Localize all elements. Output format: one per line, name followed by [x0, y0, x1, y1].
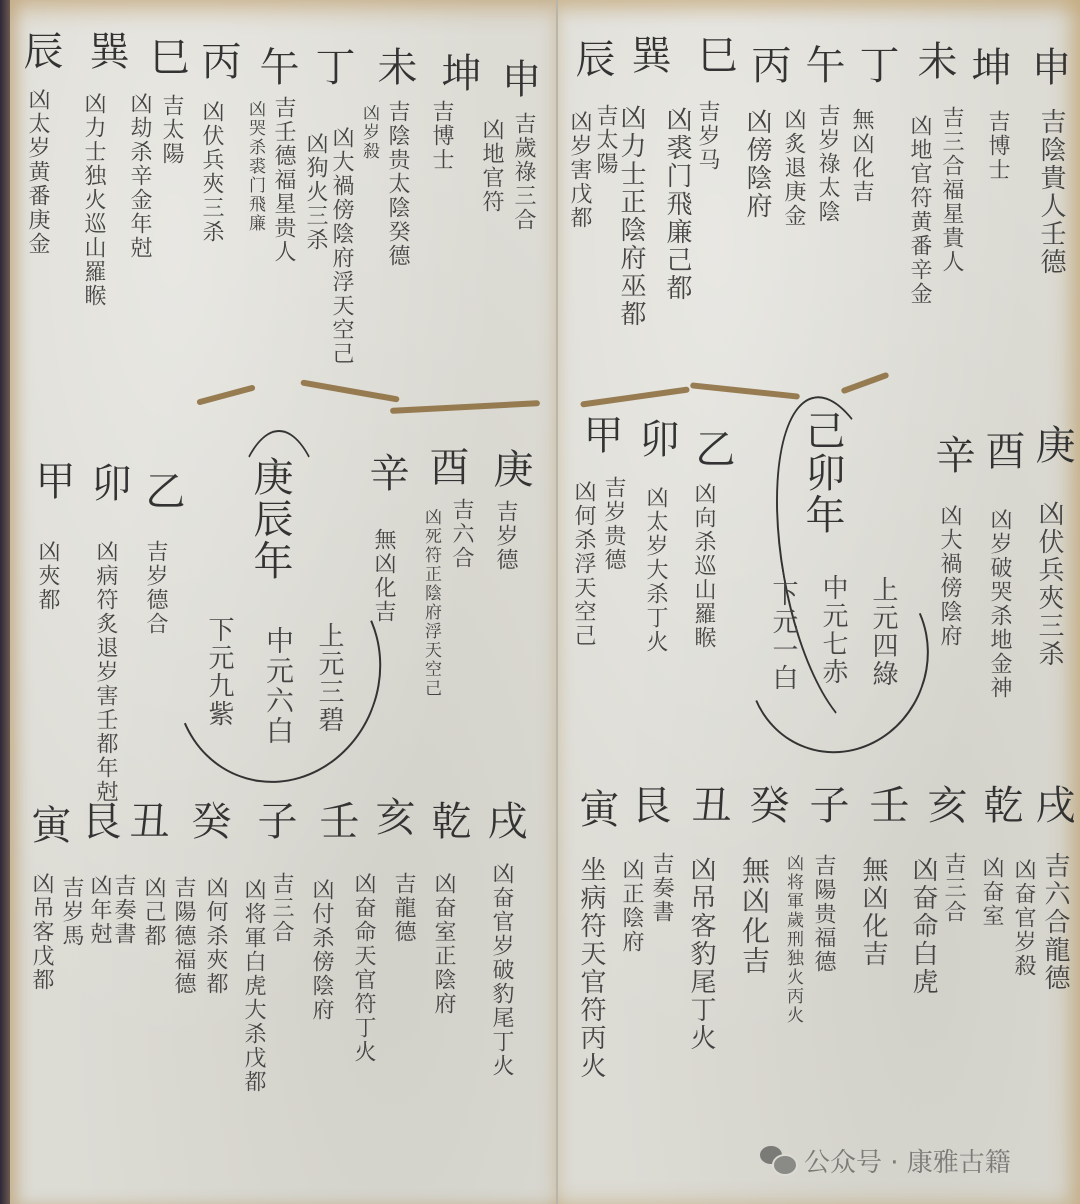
left-bot-heading-9: 寅 — [28, 804, 68, 846]
right-bot-note: 坐病符天官符丙火 — [578, 856, 604, 1080]
right-top-heading-2: 坤 — [968, 46, 1008, 88]
left-mid-heading-4: 乙 — [142, 470, 182, 512]
left-top-note: 凶伏兵夾三杀 — [200, 100, 222, 244]
left-top-note: 吉博士 — [430, 100, 452, 172]
right-mid-note: 凶太岁大杀丁火 — [644, 486, 666, 654]
right-top-heading-5: 午 — [802, 44, 842, 86]
left-bot-note: 吉三合 — [270, 872, 292, 944]
left-bot-note: 吉岁馬 — [60, 876, 82, 948]
right-top-note: 吉陰貴人壬德 — [1038, 108, 1064, 276]
right-mid-note: 凶向杀巡山羅睺 — [692, 482, 714, 650]
left-bot-note: 凶奋官岁破豹尾丁火 — [490, 862, 512, 1078]
left-mid-note: 吉岁德 — [494, 500, 516, 572]
right-top-heading-4: 丁 — [856, 44, 896, 86]
left-top-note: 凶岁殺 — [360, 104, 377, 161]
left-mid-heading-1: 庚 — [490, 448, 530, 490]
left-bot-note: 吉陽德福德 — [172, 876, 194, 996]
right-cycle-upper: 上元四綠 — [870, 576, 896, 688]
right-bot-note: 凶将軍歲刑独火丙火 — [784, 854, 801, 1025]
left-top-note: 凶地官符 — [480, 118, 502, 214]
right-top-heading-9: 辰 — [572, 38, 612, 80]
right-top-note: 凶地官符黄番辛金 — [908, 114, 930, 306]
left-mid-note: 無凶化吉 — [372, 528, 394, 624]
right-cycle-middle: 中元七赤 — [820, 574, 846, 686]
right-bot-heading-3: 亥 — [924, 784, 964, 826]
right-top-note: 吉三合福星貴人 — [940, 106, 962, 274]
right-bot-heading-9: 寅 — [576, 788, 616, 830]
right-top-heading-7: 巳 — [694, 34, 734, 76]
left-bot-heading-3: 亥 — [372, 796, 412, 838]
right-top-note: 吉太陽 — [594, 104, 616, 176]
right-bot-note: 吉奏書 — [650, 852, 672, 924]
right-top-note: 凶岁害戊都 — [568, 110, 590, 230]
right-mid-heading-5: 卯 — [636, 418, 676, 460]
right-bot-note: 無凶化吉 — [860, 856, 886, 968]
left-top-heading-8: 巽 — [86, 30, 126, 72]
right-top-note: 凶力士正陰府巫都 — [618, 104, 644, 328]
right-mid-note: 凶伏兵夾三杀 — [1036, 500, 1062, 668]
left-cycle-lower: 下元九紫 — [206, 616, 232, 728]
right-mid-note: 吉岁贵德 — [602, 476, 624, 572]
left-top-note: 吉歲祿三合 — [512, 112, 534, 232]
left-bot-heading-1: 戌 — [484, 800, 524, 842]
left-bot-heading-4: 壬 — [316, 800, 356, 842]
left-bot-note: 凶年尅 — [88, 874, 110, 946]
left-mid-heading-6: 甲 — [32, 460, 72, 502]
left-cycle-middle: 中元六白 — [264, 626, 292, 746]
left-top-heading-3: 未 — [374, 46, 414, 88]
right-mid-heading-3: 辛 — [932, 434, 972, 476]
left-bot-heading-2: 乾 — [428, 800, 468, 842]
right-mid-heading-1: 庚 — [1032, 424, 1072, 466]
right-year-title: 己卯年 — [802, 410, 842, 536]
left-mid-note: 凶夾都 — [36, 540, 58, 612]
left-top-note: 吉太陽 — [160, 94, 182, 166]
left-top-heading-6: 丙 — [198, 40, 238, 82]
right-bot-note: 凶奋室 — [980, 856, 1002, 928]
left-mid-heading-3: 辛 — [366, 452, 406, 494]
left-bot-note: 吉奏書 — [112, 874, 134, 946]
left-bot-heading-8: 艮 — [78, 800, 118, 842]
left-bot-note: 凶将軍白虎大杀戊都 — [242, 878, 264, 1094]
left-mid-heading-2: 酉 — [426, 446, 466, 488]
right-top-note: 無凶化吉 — [850, 108, 872, 204]
left-top-note: 凶太岁黄番庚金 — [26, 88, 48, 256]
right-bot-note: 吉陽贵福德 — [812, 854, 834, 974]
left-top-note: 凶劫杀辛金年尅 — [128, 92, 150, 260]
book-spine-edge — [0, 0, 10, 1204]
watermark: 公众号 · 康雅古籍 — [760, 1140, 1011, 1180]
left-bot-note: 凶己都 — [142, 876, 164, 948]
left-bot-note: 凶付杀傍陰府 — [310, 878, 332, 1022]
right-mid-note: 凶何杀浮天空己 — [572, 480, 594, 648]
right-bot-heading-7: 丑 — [688, 784, 728, 826]
left-mid-note: 吉六合 — [450, 498, 472, 570]
right-bot-note: 凶奋官岁殺 — [1012, 858, 1034, 978]
left-page: 申 坤 未 丁 午 丙 巳 巽 辰 吉歲祿三合 凶地官符 吉博士 吉陰贵太陰癸德… — [10, 0, 556, 1204]
left-top-note: 吉壬德福星贵人 — [272, 96, 294, 264]
left-top-heading-5: 午 — [256, 46, 296, 88]
right-bot-note: 吉三合 — [942, 852, 964, 924]
left-bot-note: 凶奋命天官符丁火 — [352, 872, 374, 1064]
right-bot-note: 凶奋命白虎 — [910, 856, 936, 996]
left-year-title: 庚辰年 — [250, 456, 290, 582]
wechat-icon — [760, 1146, 794, 1174]
left-top-note: 凶大禍傍陰府浮天空己 — [330, 126, 352, 366]
right-cycle-lower: 下元一白 — [770, 580, 796, 692]
left-bot-note: 凶奋室正陰府 — [432, 872, 454, 1016]
left-top-heading-9: 辰 — [20, 30, 60, 72]
left-mid-note: 凶病符炙退岁害壬都年尅 — [94, 540, 116, 804]
left-top-heading-1: 申 — [498, 58, 538, 100]
right-bot-heading-8: 艮 — [628, 784, 668, 826]
right-top-heading-1: 申 — [1028, 46, 1068, 88]
right-mid-note: 凶大禍傍陰府 — [938, 504, 960, 648]
right-bot-heading-1: 戌 — [1032, 784, 1072, 826]
right-mid-note: 凶岁破哭杀地金神 — [988, 508, 1010, 700]
right-bot-note: 吉六合龍德 — [1042, 852, 1068, 992]
right-bot-heading-2: 乾 — [980, 784, 1020, 826]
left-top-note: 凶狗火三杀 — [304, 132, 326, 252]
left-mid-note: 凶死符正陰府浮天空己 — [422, 508, 439, 698]
right-page: 申 坤 未 丁 午 丙 巳 巽 辰 吉陰貴人壬德 吉博士 吉三合福星貴人 凶地官… — [556, 0, 1080, 1204]
left-bot-note: 凶何杀夾都 — [204, 876, 226, 996]
right-top-heading-3: 未 — [914, 40, 954, 82]
right-mid-heading-6: 甲 — [580, 414, 620, 456]
right-bot-heading-5: 子 — [806, 784, 846, 826]
right-bot-note: 凶正陰府 — [620, 858, 642, 954]
left-top-heading-7: 巳 — [146, 36, 186, 78]
right-top-note: 凶裘门飛廉己都 — [664, 106, 690, 302]
right-top-note: 凶傍陰府 — [744, 108, 770, 220]
right-bot-heading-6: 癸 — [746, 784, 786, 826]
left-top-note: 凶哭杀裘门飛廉 — [246, 100, 263, 233]
left-bot-heading-5: 子 — [254, 800, 294, 842]
right-top-note: 凶炙退庚金 — [782, 108, 804, 228]
right-bot-heading-4: 壬 — [866, 784, 906, 826]
right-top-note: 吉博士 — [986, 110, 1008, 182]
left-bot-note: 吉龍德 — [392, 872, 414, 944]
left-cycle-upper: 上元三碧 — [316, 622, 342, 734]
left-top-note: 吉陰贵太陰癸德 — [386, 100, 408, 268]
left-mid-note: 吉岁德合 — [144, 540, 166, 636]
right-top-note: 吉岁祿太陰 — [816, 104, 838, 224]
right-bot-note: 凶吊客豹尾丁火 — [688, 856, 714, 1052]
left-top-heading-2: 坤 — [438, 52, 478, 94]
right-top-heading-6: 丙 — [748, 44, 788, 86]
right-mid-heading-4: 乙 — [692, 428, 732, 470]
right-top-note: 吉岁马 — [696, 100, 718, 172]
right-bot-note: 無凶化吉 — [740, 856, 768, 976]
right-mid-heading-2: 酉 — [982, 430, 1022, 472]
left-bot-heading-6: 癸 — [188, 800, 228, 842]
left-bot-heading-7: 丑 — [126, 800, 166, 842]
left-bot-note: 凶吊客戊都 — [30, 872, 52, 992]
left-mid-heading-5: 卯 — [88, 462, 128, 504]
left-top-heading-4: 丁 — [312, 46, 352, 88]
right-top-heading-8: 巽 — [628, 34, 668, 76]
left-top-note: 凶力士独火巡山羅睺 — [82, 92, 104, 308]
watermark-text: 公众号 · 康雅古籍 — [804, 1142, 1011, 1179]
